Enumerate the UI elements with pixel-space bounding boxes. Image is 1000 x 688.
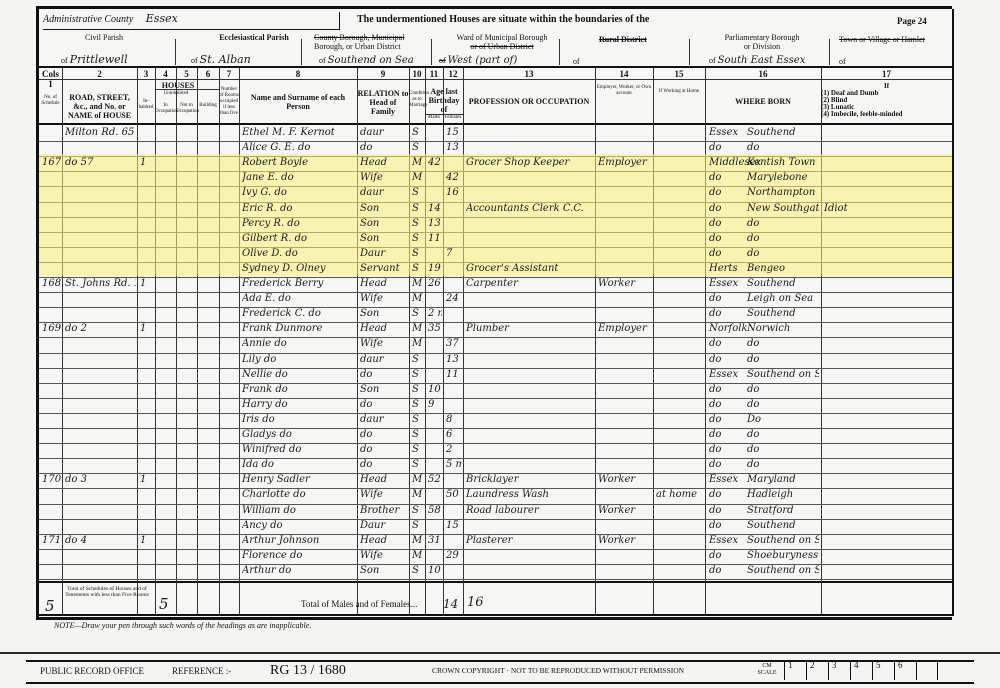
column-number: 6: [197, 69, 219, 79]
census-sheet: Administrative County Essex The undermen…: [0, 0, 1000, 652]
scale-mark: 3: [828, 660, 850, 680]
header-not-in-occupation: Not in Occupation: [176, 103, 197, 115]
cell-relation: Wife: [360, 549, 408, 563]
cell-name: Ida do: [242, 458, 356, 472]
column-number: 5: [176, 69, 197, 79]
scale-mark: 6: [894, 660, 916, 680]
header-name: Name and Surname of each Person: [239, 93, 357, 111]
cell-relation: do: [360, 428, 408, 442]
cell-male-age: 10: [428, 383, 442, 397]
cell-employer: Employer: [598, 322, 652, 336]
cell-condition: S: [412, 247, 424, 261]
table-row: William doBrotherS58Road labourerWorkerd…: [39, 504, 952, 519]
cell-condition: M: [412, 549, 424, 563]
cell-relation: Head: [360, 534, 408, 548]
cell-condition: S: [412, 398, 424, 412]
cell-male-age: 2 mo: [428, 307, 442, 321]
cell-male-age: 52: [428, 473, 442, 487]
cell-where-born: dodo: [709, 217, 819, 231]
cell-occupation: Laundress Wash: [466, 488, 594, 502]
cell-occupation: Bricklayer: [466, 473, 594, 487]
cell-name: Alice G. E. do: [242, 141, 356, 155]
civil-parish-label: Civil Parish: [39, 33, 169, 42]
cell-name: Winifred do: [242, 443, 356, 457]
cell-male-age: 31: [428, 534, 442, 548]
census-form: Administrative County Essex The undermen…: [36, 6, 952, 620]
office-label: PUBLIC RECORD OFFICE: [40, 666, 144, 676]
cell-name: Lily do: [242, 353, 356, 367]
cell-condition: M: [412, 337, 424, 351]
cell-where-born: doMarylebone: [709, 171, 819, 185]
table-row: Milton Rd. 65Ethel M. F. KernotdaurS15Es…: [39, 126, 952, 141]
column-number: 13: [463, 69, 595, 79]
cell-female-age: 6: [446, 428, 462, 442]
cell-where-born: doDo: [709, 413, 819, 427]
cell-name: Frank Dunmore: [242, 322, 356, 336]
admin-county-label: Administrative County: [43, 14, 133, 25]
column-number: 17: [821, 69, 952, 79]
town-label: Town or Village or Hamlet: [839, 35, 925, 44]
cell-where-born: doShoeburyness: [709, 549, 819, 563]
cell-road: do 57: [65, 156, 136, 170]
cell-where-born: doLeigh on Sea: [709, 292, 819, 306]
cell-where-born: doNew Southgate: [709, 202, 819, 216]
table-row: Ida dodoS5 mododo: [39, 458, 952, 473]
table-row: Jane E. doWifeM42doMarylebone: [39, 171, 952, 186]
cell-condition: S: [412, 519, 424, 533]
table-row: Alice G. E. dodoS13dodo: [39, 141, 952, 156]
table-row: Eric R. doSonS14Accountants Clerk C.C.Id…: [39, 202, 952, 217]
cell-where-born: dodo: [709, 232, 819, 246]
cell-occupation: Grocer's Assistant: [466, 262, 594, 276]
cell-condition: S: [412, 383, 424, 397]
cell-female-age: 15: [446, 519, 462, 533]
header-inhabited: In-habited: [137, 99, 155, 111]
cell-condition: S: [412, 186, 424, 200]
cell-name: Iris do: [242, 413, 356, 427]
scale-label: CM SCALE: [756, 663, 778, 677]
cell-condition: S: [412, 262, 424, 276]
table-row: Frederick C. doSonS2 modoSouthend: [39, 307, 952, 322]
cell-condition: M: [412, 322, 424, 336]
ward-label: Ward of Municipal Borough or of Urban Di…: [437, 33, 567, 51]
header-at-home: If Working at Home: [653, 89, 705, 95]
header-males: Males: [425, 115, 443, 121]
table-row: 168St. Johns Rd. 11Frederick BerryHeadM2…: [39, 277, 952, 292]
column-number: Cols 1: [39, 69, 62, 89]
cell-name: Eric R. do: [242, 202, 356, 216]
table-row: Ada E. doWifeM24doLeigh on Sea: [39, 292, 952, 307]
cell-female-age: 13: [446, 353, 462, 367]
column-number: 9: [357, 69, 409, 79]
scale-mark: 5: [872, 660, 894, 680]
cell-male-age: 42: [428, 156, 442, 170]
cell-condition: S: [412, 126, 424, 140]
cell-relation: Daur: [360, 519, 408, 533]
cell-where-born: HertsBengeo: [709, 262, 819, 276]
header-schedule: No. of Schedule: [39, 95, 62, 107]
cell-male-age: 26: [428, 277, 442, 291]
table-row: 171do 41Arthur JohnsonHeadM31PlastererWo…: [39, 534, 952, 549]
cell-road: do 4: [65, 534, 136, 548]
cell-name: Olive D. do: [242, 247, 356, 261]
cell-where-born: dodo: [709, 443, 819, 457]
table-row: Frank doSonS10dodo: [39, 383, 952, 398]
civil-parish-value: Prittlewell: [70, 53, 128, 66]
cell-schedule: 171: [42, 534, 61, 548]
cell-female-age: 50: [446, 488, 462, 502]
cell-name: Ethel M. F. Kernot: [242, 126, 356, 140]
cell-occupation: Plumber: [466, 322, 594, 336]
table-row: Winifred dodoS2dodo: [39, 443, 952, 458]
cell-male-age: 14: [428, 202, 442, 216]
header-in-occupation: In Occupation: [155, 103, 176, 115]
civil-parish-of: of Prittlewell: [61, 53, 128, 66]
cell-schedule: 167: [42, 156, 61, 170]
cell-employer: Worker: [598, 504, 652, 518]
cell-condition: M: [412, 171, 424, 185]
parliamentary-of: of South East Essex: [709, 55, 805, 66]
header-relation: RELATION to Head of Family: [357, 89, 409, 116]
cell-occupation: Carpenter: [466, 277, 594, 291]
cell-male-age: 9: [428, 398, 442, 412]
cell-relation: daur: [360, 413, 408, 427]
cell-name: Frederick Berry: [242, 277, 356, 291]
cell-where-born: dodo: [709, 428, 819, 442]
scale-mark: 1: [784, 660, 806, 680]
cell-name: Robert Boyle: [242, 156, 356, 170]
cell-name: Frank do: [242, 383, 356, 397]
cell-condition: S: [412, 564, 424, 578]
cell-condition: S: [412, 307, 424, 321]
cell-where-born: dodo: [709, 141, 819, 155]
cell-employer: Worker: [598, 277, 652, 291]
cell-inhabited: 1: [140, 277, 154, 291]
eccl-parish-value: St. Alban: [200, 53, 251, 66]
total-schedules-label: Total of Schedules of Houses and of Tene…: [65, 586, 149, 598]
cell-where-born: doHadleigh: [709, 488, 819, 502]
cell-name: Gladys do: [242, 428, 356, 442]
cell-name: Henry Sadler: [242, 473, 356, 487]
table-row: Arthur doSonS10doSouthend on Sea: [39, 564, 952, 579]
rural-district-label: Rural District: [599, 35, 647, 44]
admin-county-value: Essex: [146, 12, 178, 25]
cell-name: Harry do: [242, 398, 356, 412]
cell-condition: M: [412, 156, 424, 170]
cell-name: Arthur do: [242, 564, 356, 578]
cell-female-age: 15: [446, 126, 462, 140]
cell-where-born: dodo: [709, 337, 819, 351]
column-number: 12: [443, 69, 463, 79]
column-number: 7: [219, 69, 239, 79]
table-row: Ivy G. dodaurS16doNorthampton: [39, 186, 952, 201]
total-females: 16: [467, 595, 484, 610]
cell-where-born: EssexSouthend on Sea: [709, 368, 819, 382]
cell-where-born: dodo: [709, 353, 819, 367]
table-row: Lily dodaurS13dodo: [39, 353, 952, 368]
archive-footer: PUBLIC RECORD OFFICE REFERENCE :- RG 13 …: [0, 654, 1000, 688]
cell-relation: do: [360, 368, 408, 382]
table-row: 170do 31Henry SadlerHeadM52BricklayerWor…: [39, 473, 952, 488]
cell-condition: M: [412, 292, 424, 306]
cell-occupation: Grocer Shop Keeper: [466, 156, 594, 170]
cell-relation: daur: [360, 353, 408, 367]
cell-road: do 2: [65, 322, 136, 336]
cell-relation: Son: [360, 383, 408, 397]
reference-number: RG 13 / 1680: [270, 663, 346, 679]
cell-relation: Head: [360, 322, 408, 336]
cell-name: Percy R. do: [242, 217, 356, 231]
cell-where-born: doStratford: [709, 504, 819, 518]
cell-relation: do: [360, 398, 408, 412]
cell-relation: do: [360, 443, 408, 457]
cell-name: Arthur Johnson: [242, 534, 356, 548]
cell-condition: S: [412, 428, 424, 442]
cell-relation: daur: [360, 126, 408, 140]
borough-of: of Southend on Sea: [319, 55, 414, 66]
table-row: Gladys dodoS6dodo: [39, 428, 952, 443]
cell-where-born: dodo: [709, 458, 819, 472]
cell-where-born: doSouthend: [709, 307, 819, 321]
cell-employer: Worker: [598, 534, 652, 548]
header-occupation: PROFESSION OR OCCUPATION: [463, 97, 595, 106]
header-building: Building: [197, 103, 219, 109]
table-row: Olive D. doDaurS7dodo: [39, 247, 952, 262]
column-number: 10: [409, 69, 425, 79]
cell-relation: Wife: [360, 171, 408, 185]
cell-relation: Son: [360, 307, 408, 321]
cell-where-born: EssexSouthend on Sea: [709, 534, 819, 548]
header-age: Age last Birthday of: [425, 87, 463, 114]
cell-relation: Daur: [360, 247, 408, 261]
cell-relation: Son: [360, 232, 408, 246]
borough-label: County Borough, Municipal Borough, or Ur…: [314, 33, 404, 51]
cell-relation: Son: [360, 202, 408, 216]
cell-relation: Brother: [360, 504, 408, 518]
cell-occupation: Accountants Clerk C.C.: [466, 202, 594, 216]
cell-occupation: Road labourer: [466, 504, 594, 518]
cell-relation: Head: [360, 473, 408, 487]
reference-label: REFERENCE :-: [172, 666, 231, 676]
parliamentary-label: Parliamentary Borough or Division: [707, 33, 817, 51]
cell-schedule: 169: [42, 322, 61, 336]
table-row: 169do 21Frank DunmoreHeadM35PlumberEmplo…: [39, 322, 952, 337]
header-rooms: Number of Rooms occupied if less than fi…: [219, 87, 239, 117]
copyright-notice: CROWN COPYRIGHT · NOT TO BE REPRODUCED W…: [432, 666, 684, 675]
ward-value: West (part of): [448, 55, 518, 66]
column-number: 4: [155, 69, 176, 79]
admin-county-box: Administrative County Essex: [43, 12, 340, 30]
cell-schedule: 168: [42, 277, 61, 291]
cell-female-age: 2: [446, 443, 462, 457]
cell-male-age: 13: [428, 217, 442, 231]
table-row: Harry dodoS9dodo: [39, 398, 952, 413]
cell-infirmity: Idiot: [824, 202, 951, 216]
cell-name: Gilbert R. do: [242, 232, 356, 246]
table-row: Sydney D. OlneyServantS19Grocer's Assist…: [39, 262, 952, 277]
cell-inhabited: 1: [140, 473, 154, 487]
cell-relation: Wife: [360, 337, 408, 351]
page-number: Page 24: [897, 16, 927, 26]
parliamentary-value: South East Essex: [718, 55, 806, 66]
cell-male-age: 11: [428, 232, 442, 246]
cell-female-age: 29: [446, 549, 462, 563]
cell-name: Ivy G. do: [242, 186, 356, 200]
header-females: Females: [443, 115, 463, 121]
cell-where-born: dodo: [709, 398, 819, 412]
cell-female-age: 8: [446, 413, 462, 427]
column-number: 11: [425, 69, 443, 79]
cell-male-age: 35: [428, 322, 442, 336]
cell-condition: S: [412, 413, 424, 427]
table-row: Nellie dodoS11EssexSouthend on Sea: [39, 368, 952, 383]
header-infirmity: If(1) Deaf and Dumb(2) Blind(3) Lunatic(…: [821, 83, 952, 118]
cell-female-age: 7: [446, 247, 462, 261]
intro-text: The undermentioned Houses are situate wi…: [357, 14, 649, 25]
cell-name: William do: [242, 504, 356, 518]
table-row: Florence doWifeM29doShoeburyness: [39, 549, 952, 564]
cell-condition: S: [412, 504, 424, 518]
table-row: Annie doWifeM37dodo: [39, 337, 952, 352]
cell-name: Annie do: [242, 337, 356, 351]
cell-condition: S: [412, 443, 424, 457]
cell-relation: Son: [360, 564, 408, 578]
borough-value: Southend on Sea: [328, 55, 414, 66]
cell-female-age: 42: [446, 171, 462, 185]
scale-mark-end: [916, 660, 938, 680]
cell-female-age: 11: [446, 368, 462, 382]
header-employer: Employer, Worker, or Own account: [595, 85, 653, 97]
cell-name: Charlotte do: [242, 488, 356, 502]
cell-name: Frederick C. do: [242, 307, 356, 321]
cell-relation: Wife: [360, 488, 408, 502]
cell-condition: M: [412, 473, 424, 487]
cell-female-age: 24: [446, 292, 462, 306]
cell-condition: S: [412, 202, 424, 216]
cell-name: Florence do: [242, 549, 356, 563]
cell-employer: Employer: [598, 156, 652, 170]
column-number: 16: [705, 69, 821, 79]
total-schedules: 5: [45, 597, 55, 615]
table-row: Gilbert R. doSonS11dodo: [39, 232, 952, 247]
cell-inhabited: 1: [140, 534, 154, 548]
table-row: Charlotte doWifeM50Laundress Washat home…: [39, 488, 952, 503]
table-row: 167do 571Robert BoyleHeadM42Grocer Shop …: [39, 156, 952, 171]
cell-condition: S: [412, 141, 424, 155]
cell-female-age: 5 mo: [446, 458, 462, 472]
cell-where-born: EssexSouthend: [709, 277, 819, 291]
cell-relation: Wife: [360, 292, 408, 306]
cell-schedule: 170: [42, 473, 61, 487]
cell-female-age: 16: [446, 186, 462, 200]
column-number: 8: [239, 69, 357, 79]
cell-road: St. Johns Rd. 1: [65, 277, 136, 291]
cell-where-born: doSouthend on Sea: [709, 564, 819, 578]
cell-road: do 3: [65, 473, 136, 487]
cell-condition: S: [412, 232, 424, 246]
cell-name: Jane E. do: [242, 171, 356, 185]
cell-relation: daur: [360, 186, 408, 200]
cell-where-born: doNorthampton: [709, 186, 819, 200]
ward-of: of West (part of): [439, 55, 517, 66]
column-number: 15: [653, 69, 705, 79]
cell-where-born: EssexMaryland: [709, 473, 819, 487]
note-text: NOTE—Draw your pen through such words of…: [54, 621, 311, 630]
cell-where-born: EssexSouthend: [709, 126, 819, 140]
scale-mark: 4: [850, 660, 872, 680]
header-road: ROAD, STREET, &c., and No. or NAME of HO…: [62, 93, 137, 120]
cell-condition: M: [412, 534, 424, 548]
cell-occupation: Plasterer: [466, 534, 594, 548]
cell-condition: S: [412, 368, 424, 382]
cell-condition: M: [412, 277, 424, 291]
total-males: 14: [443, 597, 458, 611]
header-condition: Condition as to Marriage: [409, 91, 425, 109]
cell-relation: Son: [360, 217, 408, 231]
cell-relation: Head: [360, 277, 408, 291]
cell-relation: Head: [360, 156, 408, 170]
header-uninhabited: Uninhabited: [155, 91, 197, 97]
column-number: 14: [595, 69, 653, 79]
cell-male-age: 58: [428, 504, 442, 518]
cell-inhabited: 1: [140, 322, 154, 336]
cell-name: Sydney D. Olney: [242, 262, 356, 276]
cell-relation: Servant: [360, 262, 408, 276]
cell-condition: S: [412, 217, 424, 231]
cell-where-born: dodo: [709, 247, 819, 261]
cell-female-age: 37: [446, 337, 462, 351]
cell-condition: M: [412, 488, 424, 502]
cell-name: Ada E. do: [242, 292, 356, 306]
cell-relation: do: [360, 141, 408, 155]
cell-condition: S: [412, 353, 424, 367]
totals-label: Total of Males and of Females...: [301, 599, 417, 609]
cell-relation: do: [360, 458, 408, 472]
table-row: Iris dodaurS8doDo: [39, 413, 952, 428]
total-houses: 5: [159, 595, 169, 613]
cell-road: Milton Rd. 65: [65, 126, 136, 140]
cell-female-age: 13: [446, 141, 462, 155]
eccl-parish-of: of St. Alban: [191, 53, 251, 66]
cell-male-age: 10: [428, 564, 442, 578]
cell-condition: S: [412, 458, 424, 472]
cell-male-age: 19: [428, 262, 442, 276]
column-number: 3: [137, 69, 155, 79]
column-number: 2: [62, 69, 137, 79]
scale-mark: 2: [806, 660, 828, 680]
cell-inhabited: 1: [140, 156, 154, 170]
table-row: Percy R. doSonS13dodo: [39, 217, 952, 232]
cell-at-home: at home: [656, 488, 704, 502]
cell-name: Nellie do: [242, 368, 356, 382]
header-where-born: WHERE BORN: [705, 97, 821, 106]
cell-where-born: doSouthend: [709, 519, 819, 533]
cell-where-born: dodo: [709, 383, 819, 397]
cell-where-born: NorfolkNorwich: [709, 322, 819, 336]
table-row: Ancy doDaurS15doSouthend: [39, 519, 952, 534]
cell-where-born: MiddlesexKentish Town: [709, 156, 819, 170]
cell-employer: Worker: [598, 473, 652, 487]
eccl-parish-label: Ecclesiastical Parish: [179, 33, 329, 42]
cell-name: Ancy do: [242, 519, 356, 533]
